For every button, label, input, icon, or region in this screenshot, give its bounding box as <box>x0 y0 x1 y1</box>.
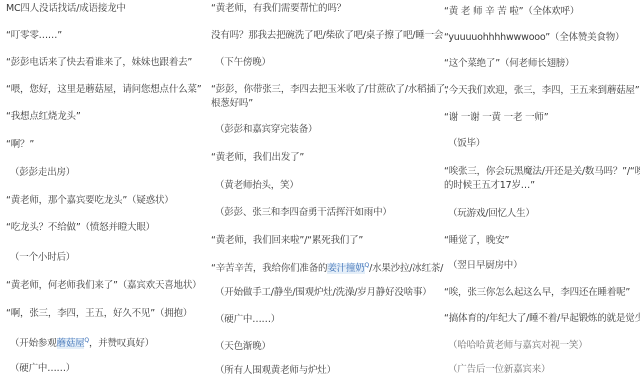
script-line: （所有人围观黄老师与炉灶） <box>215 365 336 377</box>
script-line: MC四人没话找话/成语接龙中 <box>6 3 126 15</box>
script-line: “唉，张三你怎么起这么早，李四还在睡着呢” <box>444 287 630 299</box>
script-line: “啊，张三，李四，王五，好久不见”（拥抱） <box>6 308 192 320</box>
script-line: （玩游戏/回忆人生） <box>448 208 535 220</box>
text-suffix: /水果沙拉/冰红茶/ <box>369 263 443 274</box>
mushroom-house-link[interactable]: 蘑菇屋 <box>57 338 85 349</box>
script-line: “今天我们欢迎，张三，李四，王五来到蘑菇屋” <box>444 85 639 97</box>
script-line: “叮零零……” <box>6 30 62 42</box>
script-line: “我想点红烧龙头” <box>6 111 81 123</box>
script-line: “黄老师，我们回来啦”/“累死我们了” <box>211 235 363 247</box>
script-line: （彭彭和嘉宾穿完装备） <box>215 124 317 136</box>
script-line: （硬广中……） <box>10 363 75 375</box>
script-line: “彭彭，你带张三，李四去把玉米收了/甘蔗砍了/水稻插了， <box>211 84 454 96</box>
script-line: “搞体育的/年纪大了/睡不着/早起锻炼的就是觉少” <box>444 313 640 325</box>
ginger-milk-link[interactable]: 姜汁撞奶 <box>327 263 364 274</box>
script-line: 没有吗？那我去把碗洗了吧/柴砍了吧/桌子擦了吧/睡一会 <box>211 30 443 42</box>
script-line: “黄老师，那个嘉宾要吃龙头”（疑惑状） <box>6 195 174 207</box>
script-line-faded: （广告后一位新嘉宾来） <box>448 364 550 376</box>
script-line: （彭彭走出房） <box>10 167 75 179</box>
script-line-faded: （哈哈哈黄老师与嘉宾对视一笑） <box>448 340 588 352</box>
script-line: “谢 一谢 一黄 一老 一师” <box>444 112 548 124</box>
script-line: “yuuuuohhhhwwwooo”（全体赞美食物） <box>444 32 624 44</box>
script-line: “辛苦辛苦，我给你们准备的姜汁撞奶Q/水果沙拉/冰红茶/ <box>211 260 443 275</box>
script-line: “啊？” <box>6 139 34 151</box>
script-line: “黄老师，有我们需要帮忙的吗？ <box>211 3 346 15</box>
script-line: （彭彭、张三和李四奋勇干活挥汗如雨中） <box>215 207 392 219</box>
script-line: （饭毕） <box>448 138 485 150</box>
script-line: （下午傍晚） <box>215 57 271 69</box>
text-suffix: ，并赞叹真好） <box>89 338 154 349</box>
script-line: （一个小时后） <box>10 252 75 264</box>
script-line: “黄老师，我们出发了” <box>211 152 304 164</box>
text-prefix: （开始参观 <box>10 338 57 349</box>
script-line: （硬广中……） <box>215 314 280 326</box>
script-line: “吃龙头？不给做”（愤怒并瞪大眼） <box>6 222 155 234</box>
script-line: “这个菜绝了”（何老师长翅膀） <box>444 58 574 70</box>
script-line: “唉张三，你会玩黑魔法/开还是关/数马吗？”/“唉 <box>444 166 640 178</box>
script-line: 根葱好吗” <box>211 98 253 110</box>
script-line: “喂，您好，这里是蘑菇屋，请问您想点什么菜” <box>6 84 201 96</box>
script-line: “黄老师，何老师我们来了”（嘉宾欢天喜地状） <box>6 280 201 292</box>
text-prefix: “辛苦辛苦，我给你们准备的 <box>211 263 327 274</box>
script-line: （黄老师抬头，笑） <box>215 180 299 192</box>
script-line: （翌日早厨房中） <box>448 260 522 272</box>
script-line: “睡觉了，晚安” <box>444 235 509 247</box>
script-line: “彭彭电话来了快去看谁来了，妹妹也跟着去” <box>6 57 192 69</box>
script-line: “黄 老 师 辛 苦 啦”（全体欢呼） <box>444 6 579 18</box>
script-line: （开始做手工/静坐/围观炉灶/洗澡/岁月静好没啥事） <box>215 287 432 299</box>
script-line: （天色渐晚） <box>215 341 271 353</box>
script-line: （开始参观蘑菇屋Q，并赞叹真好） <box>10 335 154 350</box>
script-line: 的时候王五才17岁…” <box>444 180 535 192</box>
